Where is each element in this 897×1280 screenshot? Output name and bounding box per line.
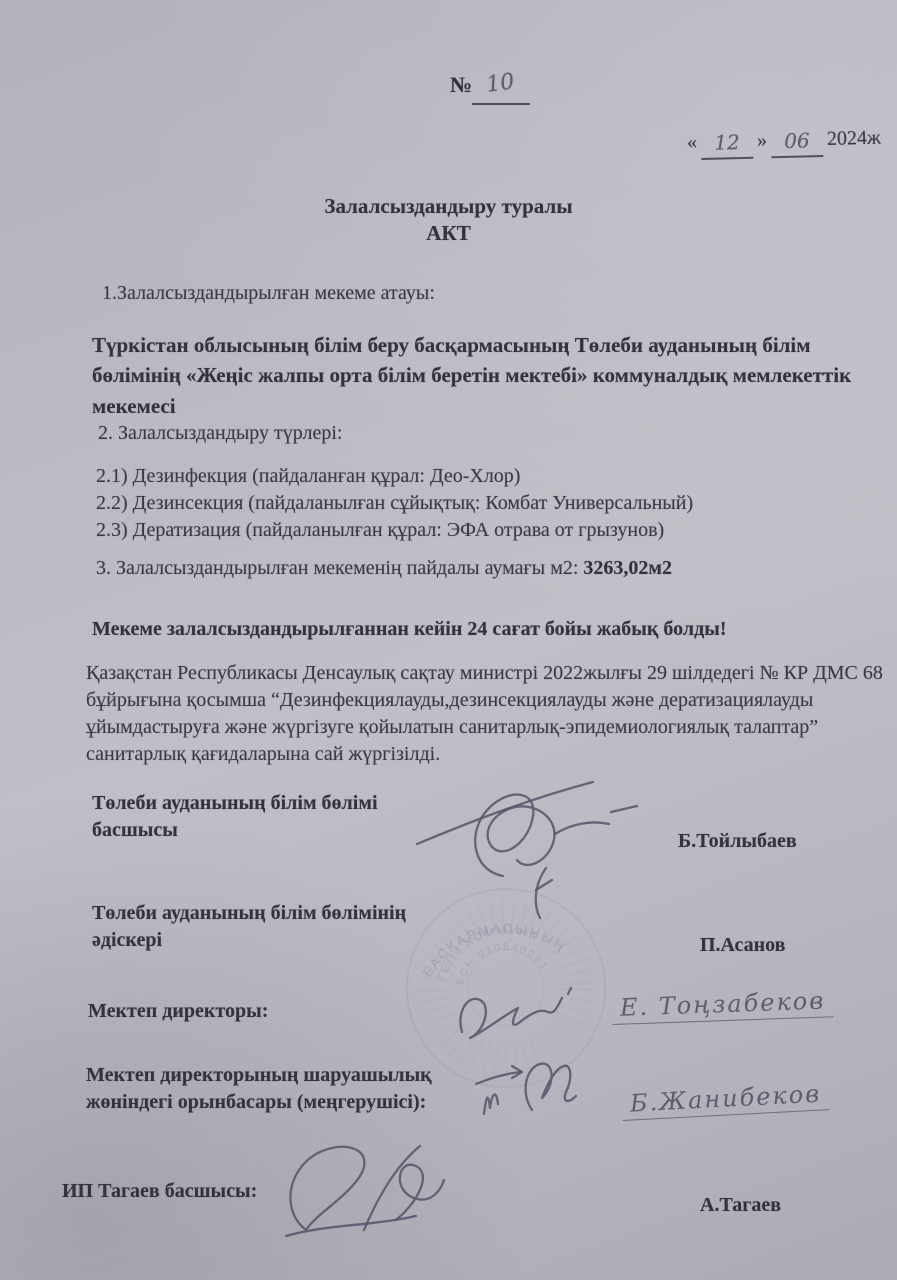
date-day-value: 12 <box>714 130 740 155</box>
scanned-act-document: №10 «12»062024ж Залалсыздандыру туралы А… <box>0 0 897 1280</box>
signatory-role-4: Мектеп директорының шаруашылық жөніндегі… <box>86 1062 506 1116</box>
legal-paragraph: Қазақстан Республикасы Денсаулық сақтау … <box>86 660 888 768</box>
section-3-line: 3. Залалсыздандырылған мекеменің пайдалы… <box>96 555 672 582</box>
area-value: 3263,02м2 <box>583 557 672 579</box>
disinsection-item: 2.2) Дезинсекция (пайдаланылған сұйықтық… <box>96 490 693 517</box>
disinfection-item: 2.1) Дезинфекция (пайдаланған құрал: Део… <box>96 463 520 490</box>
date-month-value: 06 <box>784 128 810 153</box>
signatory-role-2: Төлеби ауданының білім бөлімінің әдіскер… <box>92 900 422 954</box>
act-number-underline: 10 <box>472 73 530 105</box>
act-number-line: №10 <box>450 70 530 103</box>
signatory-role-3: Мектеп директоры: <box>88 998 268 1025</box>
date-year-suffix: 2024ж <box>827 127 881 150</box>
document-title-line2: АКТ <box>0 219 897 247</box>
handwritten-name-4: Б.Жанибеков <box>621 1079 830 1121</box>
act-number-value: 10 <box>485 67 517 100</box>
deratization-item: 2.3) Дератизация (пайдаланылған құрал: Э… <box>96 517 664 544</box>
date-line: «12»062024ж <box>687 124 882 159</box>
signatory-role-1: Төлеби ауданының білім бөлімі басшысы <box>92 790 402 844</box>
signatory-role-5: ИП Тагаев басшысы: <box>62 1178 257 1205</box>
section-3-text: 3. Залалсыздандырылған мекеменің пайдалы… <box>96 557 578 579</box>
act-number-label: № <box>450 72 472 97</box>
date-open-quote: « <box>687 131 698 153</box>
organization-name: Түркістан облысының білім беру басқармас… <box>92 330 886 421</box>
signature-3-scribble <box>452 984 577 1046</box>
signature-4-scribble <box>468 1052 583 1122</box>
section-2-heading: 2. Залалсыздандыру түрлері: <box>98 420 343 447</box>
closure-notice: Мекеме залалсыздандырылғаннан кейін 24 с… <box>92 616 727 643</box>
date-day-underline: 12 <box>701 129 754 160</box>
date-month-underline: 06 <box>771 127 824 158</box>
signatory-name-1: Б.Тойлыбаев <box>678 828 797 855</box>
section-1-heading: 1.Залалсыздандырылған мекеме атауы: <box>102 280 435 307</box>
signatory-name-2: П.Асанов <box>700 932 785 959</box>
date-close-quote: » <box>757 129 768 151</box>
document-title-line1: Залалсыздандыру туралы <box>0 192 897 220</box>
signature-5-scribble <box>268 1138 453 1243</box>
signatory-name-5: А.Тагаев <box>700 1192 781 1219</box>
handwritten-name-3: Е. Тоңзабеков <box>611 986 833 1025</box>
